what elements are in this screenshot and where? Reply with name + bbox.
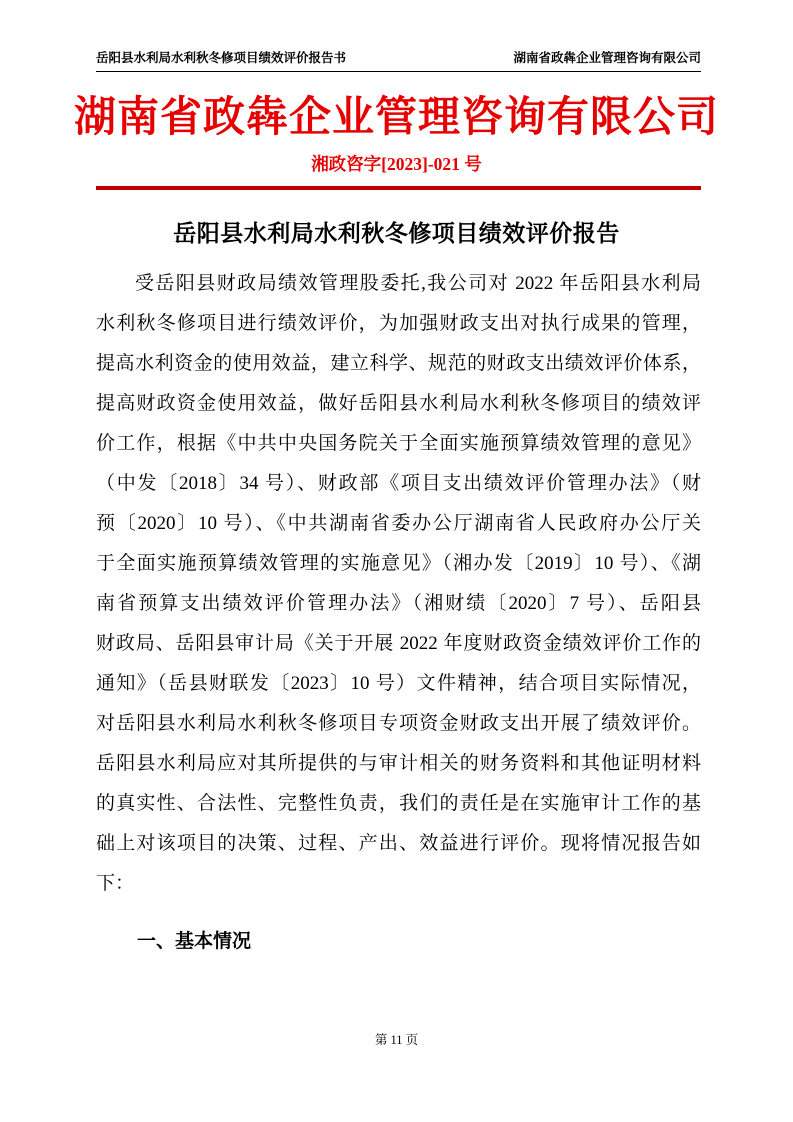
paragraph-line: 提高水利资金的使用效益，建立科学、规范的财政支出绩效评价体系，: [96, 344, 701, 384]
paragraph-line: 通知》（岳县财联发〔2023〕10 号）文件精神，结合项目实际情况，: [96, 664, 701, 704]
paragraph-line: 的真实性、合法性、完整性负责，我们的责任是在实施审计工作的基: [96, 784, 701, 824]
header-left-title: 岳阳县水利局水利秋冬修项目绩效评价报告书: [96, 50, 346, 66]
paragraph-line: 岳阳县水利局应对其所提供的与审计相关的财务资料和其他证明材料: [96, 744, 701, 784]
paragraph-line: 预〔2020〕10 号）、《中共湖南省委办公厅湖南省人民政府办公厅关: [96, 504, 701, 544]
header-right-company: 湖南省政犇企业管理咨询有限公司: [513, 50, 701, 66]
paragraph-line: 水利秋冬修项目进行绩效评价，为加强财政支出对执行成果的管理，: [96, 304, 701, 344]
page-footer: 第 11 页: [0, 1030, 793, 1048]
paragraph-line: 财政局、岳阳县审计局《关于开展 2022 年度财政资金绩效评价工作的: [96, 624, 701, 664]
document-page: 岳阳县水利局水利秋冬修项目绩效评价报告书 湖南省政犇企业管理咨询有限公司 湖南省…: [0, 0, 793, 1122]
paragraph-line: 南省预算支出绩效评价管理办法》（湘财绩〔2020〕7 号）、岳阳县: [96, 584, 701, 624]
paragraph-line: （中发〔2018〕34 号）、财政部《项目支出绩效评价管理办法》（财: [96, 464, 701, 504]
section-heading-basic-situation: 一、基本情况: [137, 928, 701, 956]
paragraph-line: 于全面实施预算绩效管理的实施意见》（湘办发〔2019〕10 号）、《湖: [96, 544, 701, 584]
paragraph-line: 受岳阳县财政局绩效管理股委托,我公司对 2022 年岳阳县水利局: [96, 264, 701, 304]
paragraph-line: 对岳阳县水利局水利秋冬修项目专项资金财政支出开展了绩效评价。: [96, 704, 701, 744]
letterhead-divider-line: [96, 186, 701, 190]
report-body: 受岳阳县财政局绩效管理股委托,我公司对 2022 年岳阳县水利局 水利秋冬修项目…: [96, 264, 701, 904]
letterhead-company-title: 湖南省政犇企业管理咨询有限公司: [40, 90, 753, 146]
paragraph-line: 础上对该项目的决策、过程、产出、效益进行评价。现将情况报告如: [96, 824, 701, 864]
page-header: 岳阳县水利局水利秋冬修项目绩效评价报告书 湖南省政犇企业管理咨询有限公司: [96, 50, 701, 72]
paragraph-line: 价工作，根据《中共中央国务院关于全面实施预算绩效管理的意见》: [96, 424, 701, 464]
letterhead-doc-number: 湘政咨字[2023]-021 号: [0, 152, 793, 176]
page-number: 第 11 页: [375, 1033, 418, 1047]
paragraph-line: 提高财政资金使用效益，做好岳阳县水利局水利秋冬修项目的绩效评: [96, 384, 701, 424]
report-title: 岳阳县水利局水利秋冬修项目绩效评价报告: [46, 218, 747, 250]
paragraph-line: 下：: [96, 864, 701, 904]
